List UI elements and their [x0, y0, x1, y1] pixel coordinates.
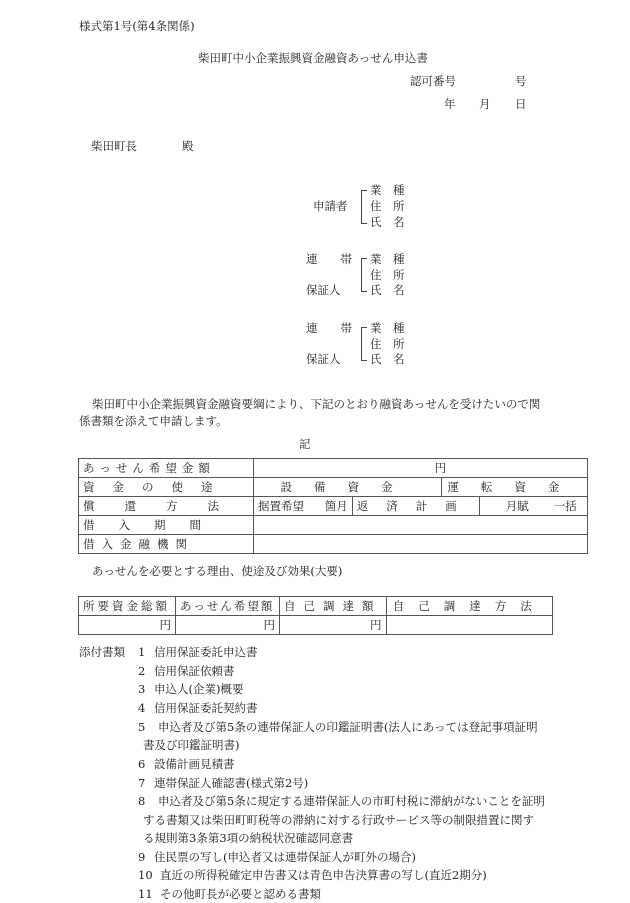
form-number: 様式第1号(第4条関係): [79, 18, 195, 34]
list-item: 2信用保証依頼書: [138, 663, 235, 679]
table-row: あっせん希望金額 円: [79, 459, 588, 478]
table-row: 所要資金総額 あっせん希望額 自己調達額 自己調達方法: [79, 597, 553, 616]
desired-amount-field[interactable]: 円: [176, 616, 280, 635]
row-label-fund-use: 資金の使途: [79, 478, 254, 497]
addressee: 柴田町長: [91, 138, 137, 154]
row-label-repayment-method: 償還方法: [79, 497, 254, 516]
total-required-field[interactable]: 円: [79, 616, 176, 635]
table-row: 償還方法 据置希望箇月 返済計画 月賦一括: [79, 497, 588, 516]
loan-table: あっせん希望金額 円 資金の使途 設備資金 運転資金 償還方法 据置希望箇月 返…: [78, 458, 588, 554]
row-label-desired-amount: あっせん希望金額: [79, 459, 254, 478]
list-item: 5申込者及び第5条の連帯保証人の印鑑証明書(法人にあっては登記事項証明: [138, 719, 538, 735]
header-self-funded: 自己調達額: [280, 597, 387, 616]
ki-heading: 記: [299, 436, 311, 452]
guarantor-label-bottom: 保証人: [306, 351, 341, 367]
header-total-required: 所要資金総額: [79, 597, 176, 616]
list-item: 9住民票の写し(申込者又は連帯保証人が町外の場合): [138, 849, 416, 865]
table-row: 資金の使途 設備資金 運転資金: [79, 478, 588, 497]
body-text-line1: 柴田町中小企業振興資金融資要綱により、下記のとおり融資あっせんを受けたいので関: [92, 396, 540, 412]
option-equipment-fund[interactable]: 設備資金: [254, 478, 442, 497]
repayment-plan-options[interactable]: 月賦一括: [479, 497, 587, 516]
applicant-field-address: 住 所: [370, 198, 405, 214]
permit-number-label: 認可番号: [410, 73, 456, 89]
bracket-icon: [361, 327, 367, 361]
list-item: 4信用保証委託契約書: [138, 700, 258, 716]
guarantor-field-industry: 業 種: [370, 320, 405, 336]
honorific: 殿: [182, 138, 194, 154]
row-label-loan-period: 借入期間: [79, 516, 254, 535]
list-item: 1信用保証委託申込書: [138, 644, 258, 660]
permit-number-suffix: 号: [515, 73, 527, 89]
bracket-icon: [361, 258, 367, 292]
table-row: 借入期間: [79, 516, 588, 535]
funding-table: 所要資金総額 あっせん希望額 自己調達額 自己調達方法 円 円 円: [78, 596, 553, 635]
header-self-funding-method: 自己調達方法: [386, 597, 553, 616]
self-funded-field[interactable]: 円: [280, 616, 387, 635]
repayment-plan-label: 返済計画: [352, 497, 479, 516]
guarantor-field-industry: 業 種: [370, 251, 405, 267]
applicant-field-name: 氏 名: [370, 214, 405, 230]
guarantor-label-top: 連 帯: [306, 251, 352, 267]
body-text-line2: 係書類を添えて申請します。: [79, 413, 228, 429]
table-row: 借入金融機関: [79, 535, 588, 554]
guarantor-label-top: 連 帯: [306, 320, 352, 336]
guarantor-field-address: 住 所: [370, 336, 405, 352]
list-item: 3申込人(企業)概要: [138, 681, 243, 697]
list-item-continued: る規則第3条第3項の納税状況確認同意書: [143, 830, 353, 846]
date-month: 月: [479, 96, 491, 112]
list-item: 11その他町長が必要と認める書類: [138, 886, 321, 902]
guarantor-field-address: 住 所: [370, 267, 405, 283]
self-funding-method-field[interactable]: [386, 616, 553, 635]
reason-label: あっせんを必要とする理由、使途及び効果(大要): [92, 563, 342, 579]
list-item-continued: する書類又は柴田町町税等の滞納に対する行政サービス等の制限措置に関す: [143, 812, 534, 828]
list-item: 6設備計画見積書: [138, 756, 235, 772]
row-label-lender: 借入金融機関: [79, 535, 254, 554]
attachments-label: 添付書類: [79, 644, 125, 660]
list-item: 10直近の所得税確定申告書又は青色申告決算書の写し(直近2期分): [138, 867, 487, 883]
header-desired-amount: あっせん希望額: [176, 597, 280, 616]
loan-period-field[interactable]: [254, 516, 588, 535]
date-day: 日: [515, 96, 527, 112]
bracket-icon: [361, 190, 367, 224]
list-item-continued: 書及び印鑑証明書): [143, 737, 240, 753]
guarantor-label-bottom: 保証人: [306, 282, 341, 298]
applicant-field-industry: 業 種: [370, 182, 405, 198]
page-title: 柴田町中小企業振興資金融資あっせん申込書: [198, 50, 428, 66]
desired-amount-field[interactable]: 円: [254, 459, 588, 478]
list-item: 8申込者及び第5条に規定する連帯保証人の市町村税に滞納がないことを証明: [138, 793, 545, 809]
lender-field[interactable]: [254, 535, 588, 554]
guarantor-field-name: 氏 名: [370, 351, 405, 367]
date-year: 年: [444, 96, 456, 112]
guarantor-field-name: 氏 名: [370, 282, 405, 298]
option-operating-fund[interactable]: 運転資金: [442, 478, 588, 497]
grace-period-field[interactable]: 据置希望箇月: [254, 497, 353, 516]
list-item: 7連帯保証人確認書(様式第2号): [138, 775, 308, 791]
table-row: 円 円 円: [79, 616, 553, 635]
applicant-label: 申請者: [313, 198, 348, 214]
